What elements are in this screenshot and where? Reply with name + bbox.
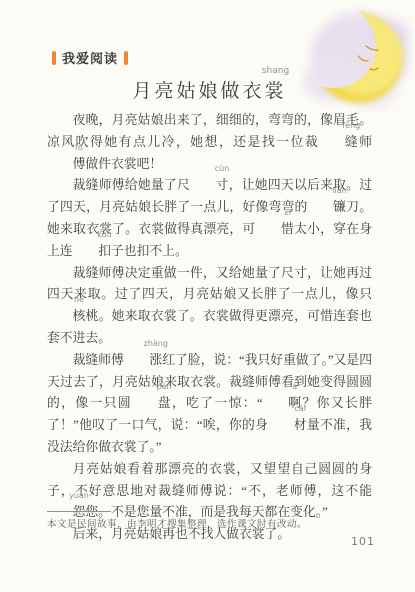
annotated-char: cùn寸 [190, 175, 228, 197]
story-body: 夜晚，月亮姑娘出来了，细细的，弯弯的，像眉毛。凉风吹得她有点儿冷，她想，还是找一… [47, 110, 372, 546]
pinyin-annotation: féng [317, 122, 360, 130]
pinyin-annotation: pán [131, 383, 172, 391]
story-paragraph: 裁缝师傅给她量了尺cùn寸，让她四天以后来取。过了四天，月亮姑娘长胖了一点儿，好… [47, 175, 372, 262]
annotated-char: kòu扣 [73, 241, 111, 263]
page-title: 月亮姑娘做衣shang裳 [47, 76, 372, 103]
pinyin-annotation: xī [258, 209, 291, 217]
page-number: 101 [351, 535, 375, 548]
story-paragraph: 裁缝师傅决定重做一件，又给她量了尺寸，让她再过四天来取。过了四天，月亮姑娘又长胖… [47, 263, 372, 350]
title-pinyin: shang [262, 67, 289, 76]
title-ruby-char: 裳 [265, 81, 287, 102]
reading-badge-label: 我爱阅读 [62, 48, 118, 67]
annotated-char: cái材 [268, 415, 306, 437]
annotated-char: hé核 [47, 306, 85, 328]
pinyin-annotation: zhàng [118, 340, 168, 348]
story-paragraph: 月亮姑娘看着那漂亮的衣裳，又望望自己圆圆的身子，不好意思地对裁缝师傅说：“不，老… [47, 459, 372, 524]
reading-badge: 我爱阅读 [52, 48, 128, 67]
textbook-page: 我爱阅读 [0, 0, 415, 592]
pinyin-annotation: cùn [189, 165, 229, 173]
annotated-char: fù傅 [47, 154, 85, 176]
annotated-char: lián镰 [308, 197, 346, 219]
story-paragraph: 裁缝师傅zhàng涨红了脸，说：“我只好重做了。”又是四天过去了，月亮姑娘来取衣… [47, 350, 372, 459]
annotated-char: pán盘 [132, 393, 170, 415]
title-ruby: shang裳 [265, 76, 287, 103]
annotated-char: féng缝 [319, 132, 357, 154]
annotated-char: xī惜 [255, 219, 293, 241]
pinyin-annotation: yuàn [44, 492, 89, 500]
title-text: 月亮姑娘做衣 [132, 81, 264, 102]
annotated-char: zhàng涨 [124, 350, 162, 372]
footnote-text: 本文是民间故事，由李明才搜集整理，选作课文时有改动。 [47, 516, 372, 530]
pinyin-annotation: hé [48, 296, 84, 304]
pinyin-annotation: fù [49, 144, 82, 152]
badge-left-bar-icon [52, 51, 56, 65]
pinyin-annotation: cái [269, 405, 306, 413]
pinyin-annotation: kòu [72, 231, 112, 239]
footnote-divider [47, 511, 111, 512]
pinyin-annotation: á [267, 383, 298, 391]
badge-right-bar-icon [124, 51, 128, 65]
pinyin-annotation: lián [307, 187, 347, 195]
